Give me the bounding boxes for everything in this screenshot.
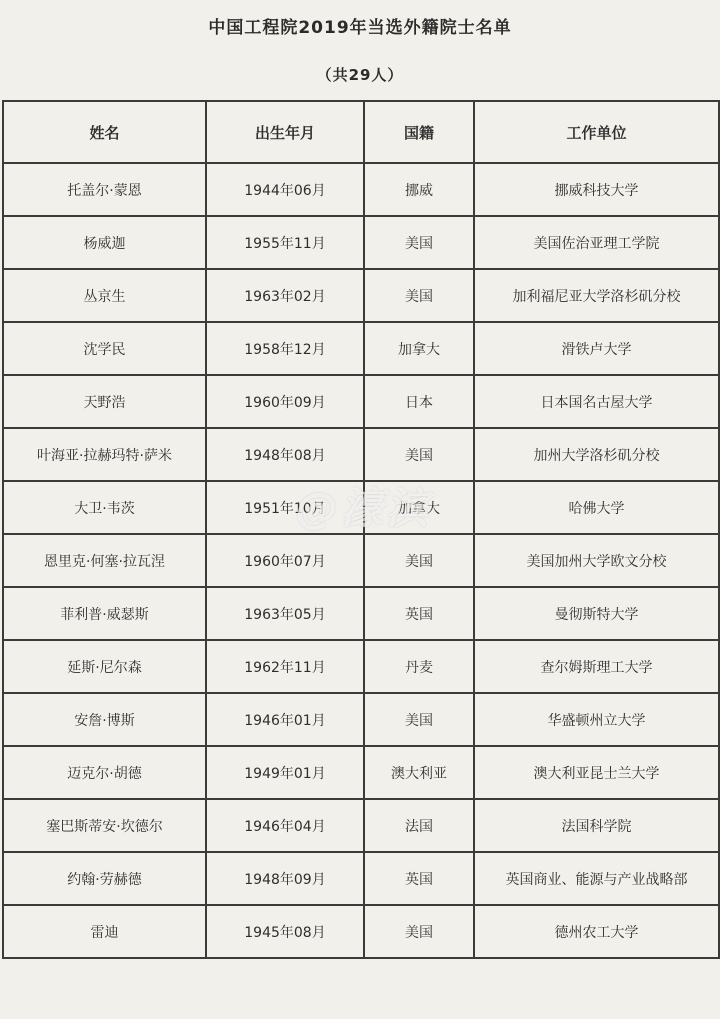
table-row: 沈学民 1958年12月 加拿大 滑铁卢大学 xyxy=(3,322,719,375)
header-cell-birthdate: 出生年月 xyxy=(206,101,364,163)
cell-nationality: 英国 xyxy=(364,852,474,905)
table-row: 塞巴斯蒂安·坎德尔 1946年04月 法国 法国科学院 xyxy=(3,799,719,852)
cell-birthdate: 1958年12月 xyxy=(206,322,364,375)
cell-workunit: 英国商业、能源与产业战略部 xyxy=(474,852,719,905)
table-row: 托盖尔·蒙恩 1944年06月 挪威 挪威科技大学 xyxy=(3,163,719,216)
cell-name: 大卫·韦茨 xyxy=(3,481,206,534)
cell-birthdate: 1960年07月 xyxy=(206,534,364,587)
cell-birthdate: 1963年05月 xyxy=(206,587,364,640)
cell-nationality: 挪威 xyxy=(364,163,474,216)
cell-birthdate: 1962年11月 xyxy=(206,640,364,693)
cell-nationality: 美国 xyxy=(364,905,474,958)
cell-birthdate: 1960年09月 xyxy=(206,375,364,428)
cell-name: 延斯·尼尔森 xyxy=(3,640,206,693)
cell-name: 天野浩 xyxy=(3,375,206,428)
cell-workunit: 曼彻斯特大学 xyxy=(474,587,719,640)
cell-name: 塞巴斯蒂安·坎德尔 xyxy=(3,799,206,852)
table-row: 菲利普·威瑟斯 1963年05月 英国 曼彻斯特大学 xyxy=(3,587,719,640)
cell-birthdate: 1963年02月 xyxy=(206,269,364,322)
cell-nationality: 加拿大 xyxy=(364,322,474,375)
table-row: 大卫·韦茨 1951年10月 加拿大 哈佛大学 xyxy=(3,481,719,534)
cell-nationality: 美国 xyxy=(364,534,474,587)
document-page: 中国工程院2019年当选外籍院士名单 （共29人） 姓名 出生年月 国籍 工作单… xyxy=(0,0,720,1019)
cell-nationality: 加拿大 xyxy=(364,481,474,534)
header-cell-nationality: 国籍 xyxy=(364,101,474,163)
cell-workunit: 德州农工大学 xyxy=(474,905,719,958)
table-row: 恩里克·何塞·拉瓦涅 1960年07月 美国 美国加州大学欧文分校 xyxy=(3,534,719,587)
cell-birthdate: 1951年10月 xyxy=(206,481,364,534)
cell-workunit: 挪威科技大学 xyxy=(474,163,719,216)
cell-workunit: 加利福尼亚大学洛杉矶分校 xyxy=(474,269,719,322)
cell-nationality: 法国 xyxy=(364,799,474,852)
cell-workunit: 滑铁卢大学 xyxy=(474,322,719,375)
cell-nationality: 丹麦 xyxy=(364,640,474,693)
cell-nationality: 美国 xyxy=(364,269,474,322)
cell-workunit: 加州大学洛杉矶分校 xyxy=(474,428,719,481)
cell-nationality: 英国 xyxy=(364,587,474,640)
cell-nationality: 澳大利亚 xyxy=(364,746,474,799)
cell-nationality: 美国 xyxy=(364,216,474,269)
cell-workunit: 法国科学院 xyxy=(474,799,719,852)
cell-name: 恩里克·何塞·拉瓦涅 xyxy=(3,534,206,587)
cell-workunit: 美国佐治亚理工学院 xyxy=(474,216,719,269)
cell-birthdate: 1949年01月 xyxy=(206,746,364,799)
cell-birthdate: 1946年04月 xyxy=(206,799,364,852)
cell-birthdate: 1955年11月 xyxy=(206,216,364,269)
cell-nationality: 日本 xyxy=(364,375,474,428)
cell-name: 叶海亚·拉赫玛特·萨米 xyxy=(3,428,206,481)
table-row: 安詹·博斯 1946年01月 美国 华盛顿州立大学 xyxy=(3,693,719,746)
table-row: 天野浩 1960年09月 日本 日本国名古屋大学 xyxy=(3,375,719,428)
table-body: 托盖尔·蒙恩 1944年06月 挪威 挪威科技大学 杨威迦 1955年11月 美… xyxy=(3,163,719,958)
table-row: 约翰·劳赫德 1948年09月 英国 英国商业、能源与产业战略部 xyxy=(3,852,719,905)
cell-workunit: 哈佛大学 xyxy=(474,481,719,534)
cell-name: 丛京生 xyxy=(3,269,206,322)
cell-birthdate: 1944年06月 xyxy=(206,163,364,216)
cell-name: 杨威迦 xyxy=(3,216,206,269)
cell-name: 雷迪 xyxy=(3,905,206,958)
cell-birthdate: 1945年08月 xyxy=(206,905,364,958)
cell-workunit: 查尔姆斯理工大学 xyxy=(474,640,719,693)
table-row: 雷迪 1945年08月 美国 德州农工大学 xyxy=(3,905,719,958)
table-header-row: 姓名 出生年月 国籍 工作单位 xyxy=(3,101,719,163)
cell-workunit: 日本国名古屋大学 xyxy=(474,375,719,428)
cell-name: 菲利普·威瑟斯 xyxy=(3,587,206,640)
page-subtitle: （共29人） xyxy=(0,64,720,85)
cell-birthdate: 1948年09月 xyxy=(206,852,364,905)
cell-name: 沈学民 xyxy=(3,322,206,375)
cell-name: 约翰·劳赫德 xyxy=(3,852,206,905)
cell-nationality: 美国 xyxy=(364,428,474,481)
cell-birthdate: 1946年01月 xyxy=(206,693,364,746)
header-cell-workunit: 工作单位 xyxy=(474,101,719,163)
cell-name: 安詹·博斯 xyxy=(3,693,206,746)
academician-table: 姓名 出生年月 国籍 工作单位 托盖尔·蒙恩 1944年06月 挪威 挪威科技大… xyxy=(2,100,720,959)
page-title: 中国工程院2019年当选外籍院士名单 xyxy=(0,0,720,38)
table-row: 丛京生 1963年02月 美国 加利福尼亚大学洛杉矶分校 xyxy=(3,269,719,322)
cell-nationality: 美国 xyxy=(364,693,474,746)
cell-birthdate: 1948年08月 xyxy=(206,428,364,481)
cell-name: 迈克尔·胡德 xyxy=(3,746,206,799)
table-row: 延斯·尼尔森 1962年11月 丹麦 查尔姆斯理工大学 xyxy=(3,640,719,693)
table-row: 迈克尔·胡德 1949年01月 澳大利亚 澳大利亚昆士兰大学 xyxy=(3,746,719,799)
header-cell-name: 姓名 xyxy=(3,101,206,163)
cell-workunit: 美国加州大学欧文分校 xyxy=(474,534,719,587)
table-row: 杨威迦 1955年11月 美国 美国佐治亚理工学院 xyxy=(3,216,719,269)
cell-name: 托盖尔·蒙恩 xyxy=(3,163,206,216)
cell-workunit: 华盛顿州立大学 xyxy=(474,693,719,746)
table-row: 叶海亚·拉赫玛特·萨米 1948年08月 美国 加州大学洛杉矶分校 xyxy=(3,428,719,481)
cell-workunit: 澳大利亚昆士兰大学 xyxy=(474,746,719,799)
